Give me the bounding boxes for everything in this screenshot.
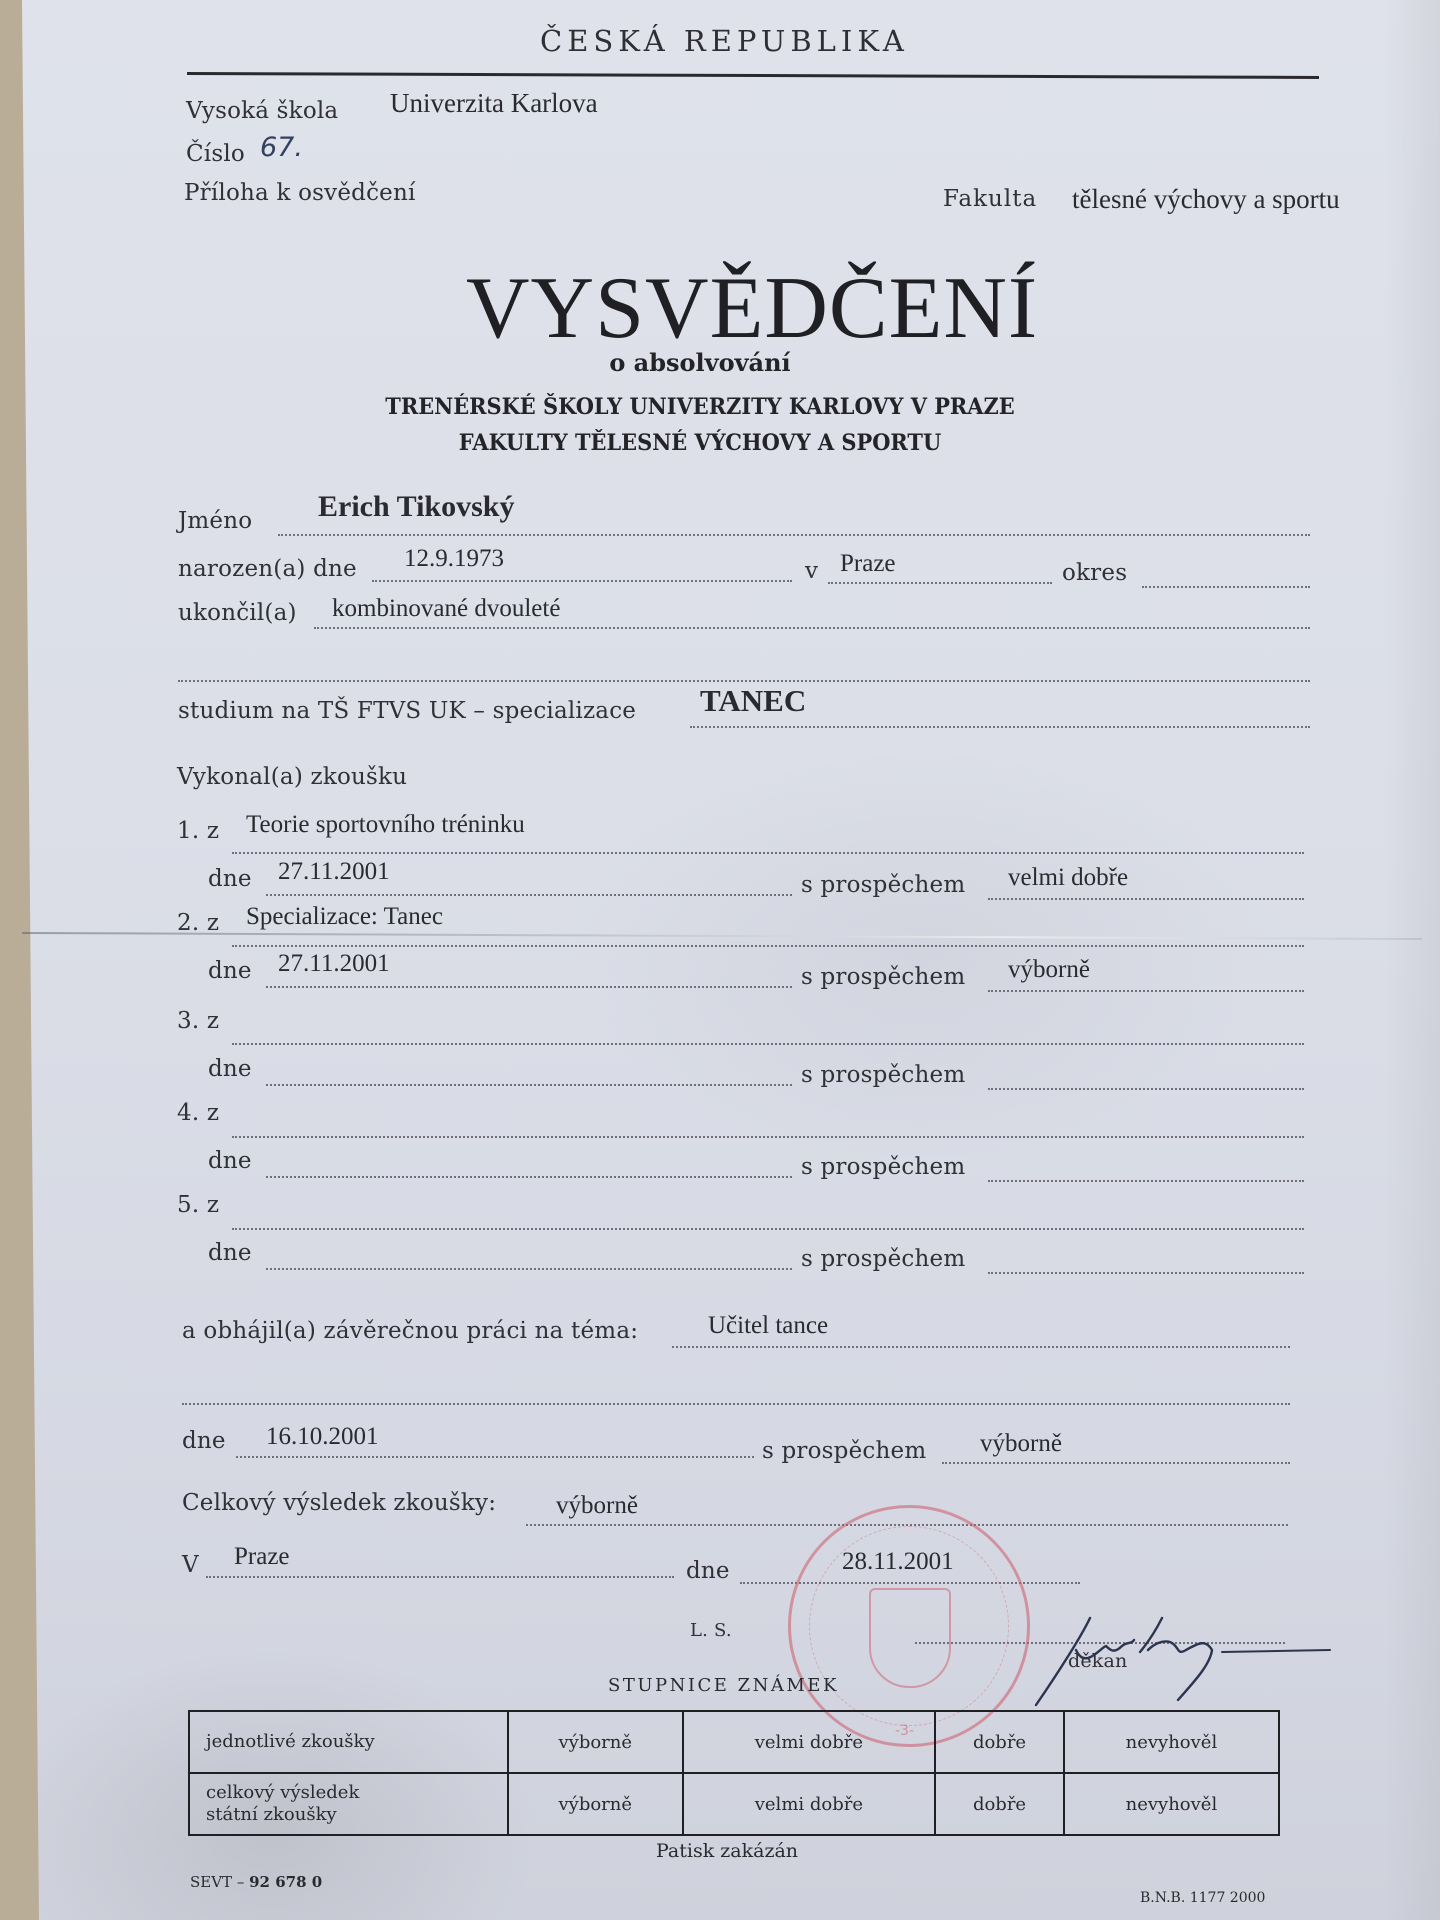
born-label: narozen(a) dne <box>178 556 357 582</box>
grade-scale-table: jednotlivé zkoušky výborně velmi dobře d… <box>188 1710 1280 1836</box>
grade-row-label: celkový výsledek státní zkoušky <box>189 1773 508 1835</box>
grade-scale-row: celkový výsledek státní zkoušky výborně … <box>189 1773 1279 1835</box>
thesis-result-label: s prospěchem <box>762 1438 926 1464</box>
district-line <box>1142 586 1310 588</box>
form-code-prefix: SEVT – <box>190 1873 244 1891</box>
exam-result-line <box>988 898 1304 900</box>
grade-scale-row: jednotlivé zkoušky výborně velmi dobře d… <box>189 1711 1279 1773</box>
name-label: Jméno <box>178 508 252 534</box>
place-label: v <box>805 558 818 584</box>
exam-result-label: s prospěchem <box>801 964 965 990</box>
grade-cell: dobře <box>935 1711 1064 1773</box>
completed-label: ukončil(a) <box>178 600 297 626</box>
title-subtitle: o absolvování <box>0 348 1420 377</box>
exam-result-label: s prospěchem <box>801 1062 965 1088</box>
completed-line <box>314 627 1310 629</box>
exam-number: 3. z <box>177 1008 219 1034</box>
exam-subject[interactable]: Teorie sportovního tréninku <box>246 811 525 839</box>
grade-row-label: jednotlivé zkoušky <box>189 1711 508 1773</box>
exam-date-label: dne <box>208 866 252 892</box>
overall-value[interactable]: výborně <box>556 1492 638 1520</box>
grade-row-label-line-2: státní zkoušky <box>206 1804 506 1826</box>
thesis-result-line <box>942 1462 1290 1464</box>
completed-line-2 <box>178 680 1310 682</box>
signing-place-line <box>206 1576 674 1578</box>
grade-scale-title: STUPNICE ZNÁMEK <box>608 1675 839 1696</box>
study-value[interactable]: TANEC <box>700 683 806 719</box>
number-label: Číslo <box>186 141 245 167</box>
exam-date-line <box>266 1268 792 1270</box>
exam-date-line <box>266 986 792 988</box>
grade-cell: nevyhověl <box>1064 1711 1279 1773</box>
exam-date-line <box>266 894 792 896</box>
exam-date-line <box>266 1176 792 1178</box>
thesis-label: a obhájil(a) závěrečnou práci na téma: <box>182 1318 638 1344</box>
study-label: studium na TŠ FTVS UK – specializace <box>178 698 636 724</box>
seal-label: L. S. <box>690 1620 732 1641</box>
exam-number: 5. z <box>177 1192 219 1218</box>
grade-cell: velmi dobře <box>683 1773 936 1835</box>
exam-result-label: s prospěchem <box>801 1246 965 1272</box>
signing-place-value[interactable]: Praze <box>234 1543 290 1571</box>
exam-result[interactable]: velmi dobře <box>1008 864 1128 892</box>
completed-value[interactable]: kombinované dvouleté <box>332 595 560 623</box>
exam-date[interactable]: 27.11.2001 <box>278 950 390 978</box>
school-label: Vysoká škola <box>186 98 338 124</box>
thesis-topic[interactable]: Učitel tance <box>708 1312 828 1340</box>
reprint-notice: Patisk zakázán <box>656 1840 798 1862</box>
thesis-date[interactable]: 16.10.2001 <box>266 1423 379 1451</box>
dean-signature <box>1030 1610 1350 1710</box>
form-code-number: 92 678 0 <box>249 1873 322 1891</box>
place-value[interactable]: Praze <box>840 550 896 578</box>
exam-number: 4. z <box>177 1100 219 1126</box>
signing-date-label: dne <box>686 1558 730 1584</box>
exam-result[interactable]: výborně <box>1008 956 1090 984</box>
exam-result-line <box>988 1272 1304 1274</box>
exam-subject[interactable]: Specializace: Tanec <box>246 903 443 931</box>
born-line <box>372 580 792 582</box>
exam-subject-line <box>232 945 1304 947</box>
thesis-date-line <box>236 1456 754 1458</box>
exam-result-line <box>988 1088 1304 1090</box>
district-label: okres <box>1062 560 1127 586</box>
exam-number: 1. z <box>177 818 219 844</box>
exam-result-label: s prospěchem <box>801 1154 965 1180</box>
thesis-line-2 <box>182 1403 1290 1405</box>
exam-date-label: dne <box>208 1240 252 1266</box>
faculty-label: Fakulta <box>943 186 1037 212</box>
name-value[interactable]: Erich Tikovský <box>318 490 514 524</box>
grade-cell: výborně <box>508 1711 683 1773</box>
print-code: B.N.B. 1177 2000 <box>1140 1890 1265 1906</box>
exams-heading: Vykonal(a) zkoušku <box>177 764 407 790</box>
country-heading: ČESKÁ REPUBLIKA <box>540 24 909 58</box>
attachment-label: Příloha k osvědčení <box>184 180 416 206</box>
exam-subject-line <box>232 1136 1304 1138</box>
study-line <box>690 726 1310 728</box>
signing-place-label: V <box>182 1552 199 1578</box>
grade-cell: výborně <box>508 1773 683 1835</box>
faculty-value: tělesné výchovy a sportu <box>1072 184 1340 215</box>
born-value[interactable]: 12.9.1973 <box>404 545 504 573</box>
exam-date-label: dne <box>208 1056 252 1082</box>
thesis-date-label: dne <box>182 1428 226 1454</box>
exam-date-label: dne <box>208 958 252 984</box>
grade-row-label-line-1: celkový výsledek <box>206 1782 506 1804</box>
overall-label: Celkový výsledek zkoušky: <box>182 1490 496 1516</box>
grade-cell: nevyhověl <box>1064 1773 1279 1835</box>
grade-cell: velmi dobře <box>683 1711 936 1773</box>
thesis-result[interactable]: výborně <box>980 1430 1062 1458</box>
coat-of-arms-icon <box>869 1588 951 1688</box>
exam-subject-line <box>232 1043 1304 1045</box>
school-value: Univerzita Karlova <box>390 88 598 119</box>
exam-subject-line <box>232 852 1304 854</box>
institution-line-1: TRENÉRSKÉ ŠKOLY UNIVERZITY KARLOVY V PRA… <box>16 394 1384 420</box>
exam-date-line <box>266 1084 792 1086</box>
exam-date[interactable]: 27.11.2001 <box>278 858 390 886</box>
exam-number: 2. z <box>177 910 219 936</box>
exam-date-label: dne <box>208 1148 252 1174</box>
institution-line-2: FAKULTY TĚLESNÉ VÝCHOVY A SPORTU <box>16 430 1384 456</box>
document-title: VYSVĚDČENÍ <box>466 258 1038 359</box>
place-line <box>828 582 1052 584</box>
number-value-handwritten: 67. <box>260 132 303 163</box>
exam-result-line <box>988 1180 1304 1182</box>
grade-cell: dobře <box>935 1773 1064 1835</box>
exam-subject-line <box>232 1228 1304 1230</box>
exam-result-line <box>988 990 1304 992</box>
thesis-line <box>672 1346 1290 1348</box>
form-code: SEVT – 92 678 0 <box>190 1873 322 1891</box>
name-line <box>278 534 1310 536</box>
exam-result-label: s prospěchem <box>801 872 965 898</box>
